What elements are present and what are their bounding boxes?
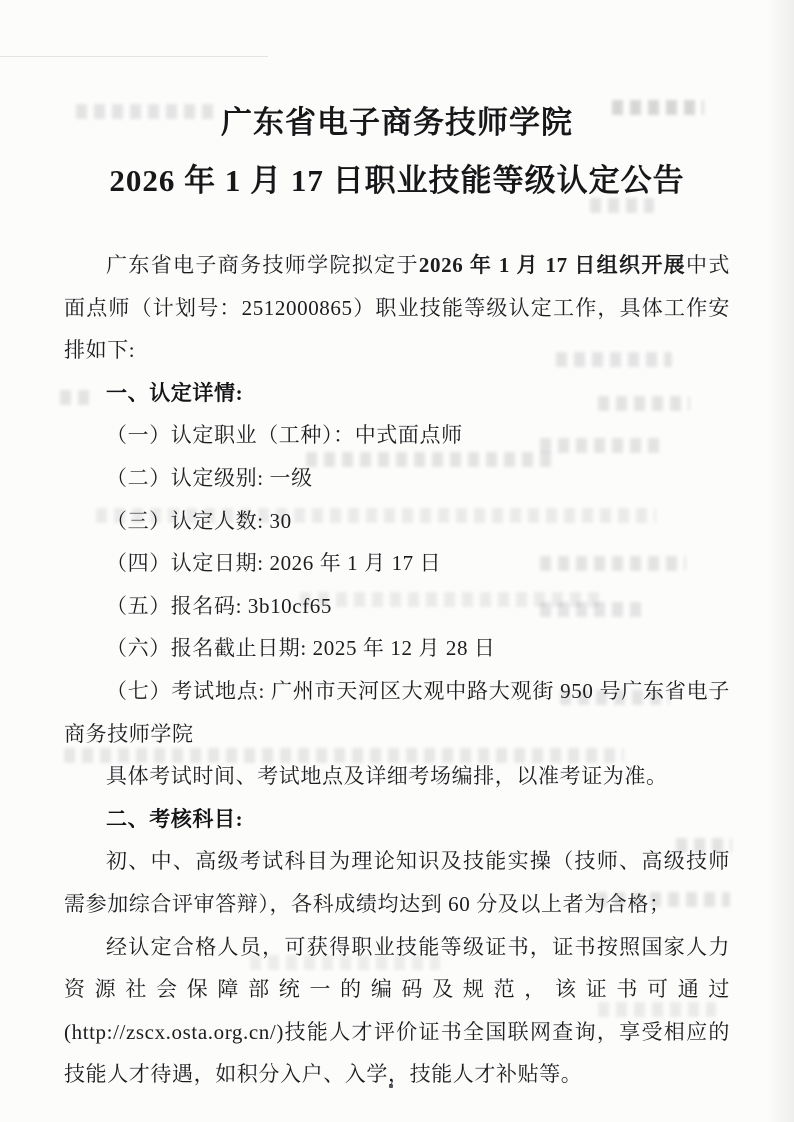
scan-line-artifact — [0, 56, 268, 57]
section2-paragraph-subjects: 初、中、高级考试科目为理论知识及技能实操（技师、高级技师需参加综合评审答辩），各… — [64, 840, 730, 925]
intro-text-bold-date: 2026 年 1 月 17 日组织开展 — [419, 253, 686, 277]
document-title-line2: 2026 年 1 月 17 日职业技能等级认定公告 — [64, 152, 730, 210]
detail-item-date: （四）认定日期: 2026 年 1 月 17 日 — [64, 542, 730, 585]
document-page: 广东省电子商务技师学院 2026 年 1 月 17 日职业技能等级认定公告 广东… — [0, 0, 794, 1122]
detail-item-registration-code: （五）报名码: 3b10cf65 — [64, 585, 730, 628]
document-content: 广东省电子商务技师学院 2026 年 1 月 17 日职业技能等级认定公告 广东… — [64, 94, 730, 1096]
detail-item-deadline: （六）报名截止日期: 2025 年 12 月 28 日 — [64, 627, 730, 670]
exam-note: 具体考试时间、考试地点及详细考场编排，以准考证为准。 — [64, 755, 730, 798]
section2-paragraph-certificate: 经认定合格人员，可获得职业技能等级证书，证书按照国家人力资源社会保障部统一的编码… — [64, 926, 730, 1096]
document-title-line1: 广东省电子商务技师学院 — [64, 94, 730, 152]
section2-heading: 二、考核科目: — [64, 798, 730, 841]
detail-item-headcount: （三）认定人数: 30 — [64, 500, 730, 543]
detail-item-occupation: （一）认定职业（工种）：中式面点师 — [64, 414, 730, 457]
scan-edge-shading — [768, 0, 794, 1122]
section1-heading: 一、认定详情: — [64, 372, 730, 415]
detail-item-exam-location: （七）考试地点: 广州市天河区大观中路大观街 950 号广东省电子商务技师学院 — [64, 670, 730, 755]
document-body: 广东省电子商务技师学院拟定于2026 年 1 月 17 日组织开展中式面点师（计… — [64, 244, 730, 1096]
detail-item-level: （二）认定级别: 一级 — [64, 457, 730, 500]
intro-text-pre: 广东省电子商务技师学院拟定于 — [106, 253, 419, 277]
intro-paragraph: 广东省电子商务技师学院拟定于2026 年 1 月 17 日组织开展中式面点师（计… — [64, 244, 730, 372]
